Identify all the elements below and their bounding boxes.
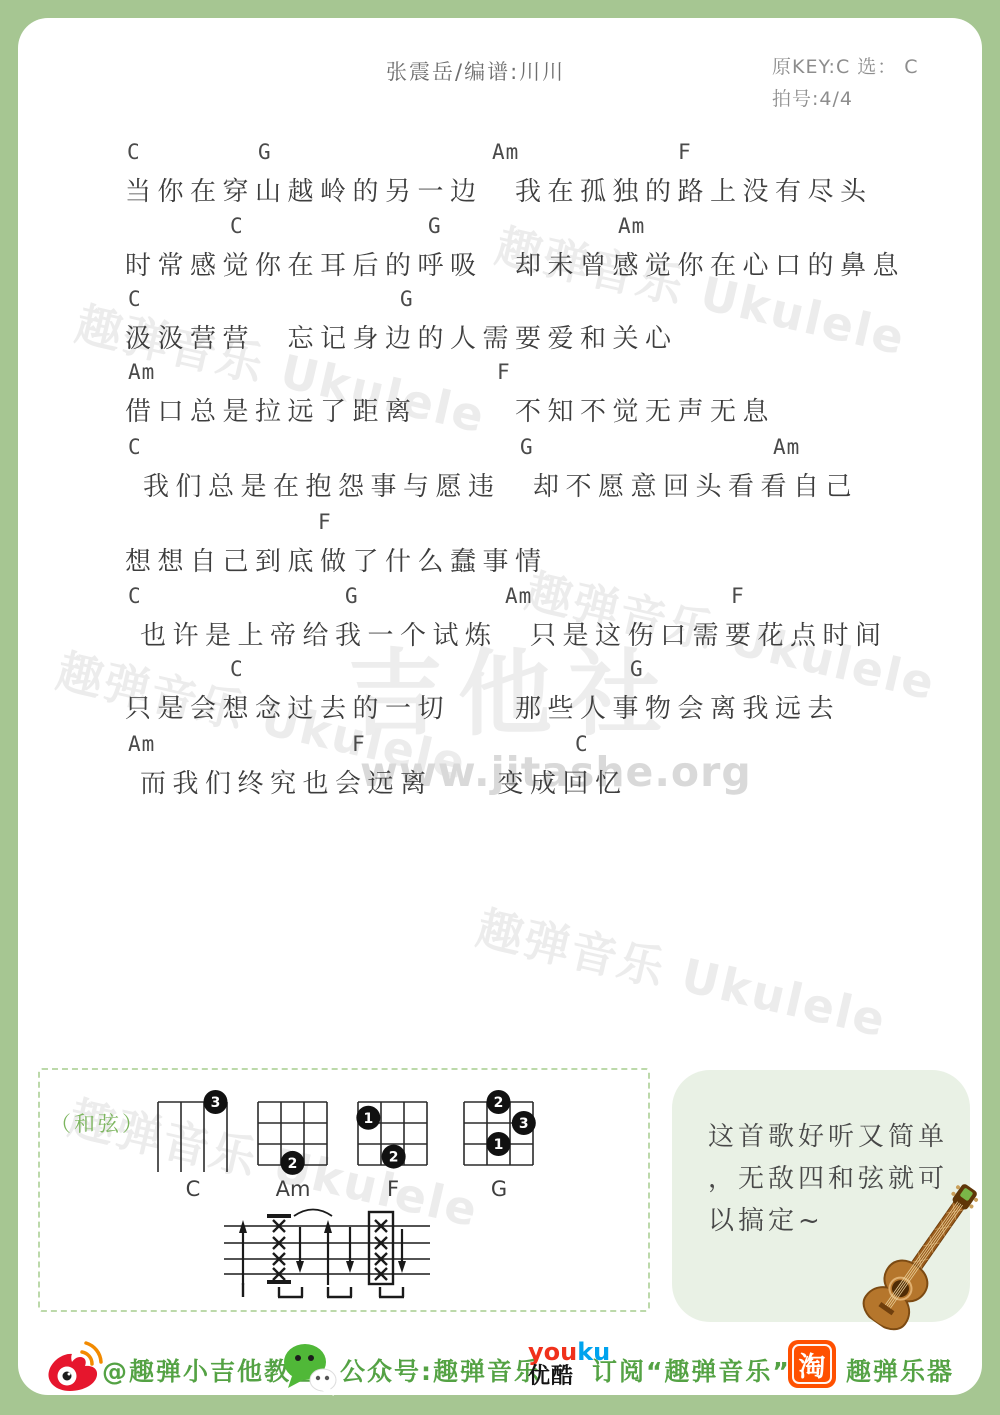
svg-text:1: 1 [494,1137,504,1153]
chord-label: C [128,287,142,311]
chord-label: C [128,584,142,608]
chord-label: C [230,657,244,681]
chord-label: Am [618,214,645,238]
diagram-chord-name: C [186,1177,201,1201]
song-line: CG汲汲营营 忘记身边的人需要爱和关心 [125,287,965,355]
diagram-chord-name: F [387,1177,399,1201]
lyric-line: 时常感觉你在耳后的呼吸 却未曾感觉你在心口的鼻息 [125,245,965,282]
song-line: F想想自己到底做了什么蠢事情 [125,510,965,578]
lyric-line: 想想自己到底做了什么蠢事情 [125,541,965,578]
chord-label: C [128,435,142,459]
chords-section-label: （和弦） [50,1108,146,1138]
chord-label: G [345,584,359,608]
svg-text:3: 3 [211,1095,221,1111]
chord-label: F [352,732,366,756]
song-line: CGAmF当你在穿山越岭的另一边 我在孤独的路上没有尽头 [125,140,965,208]
lyric-line: 当你在穿山越岭的另一边 我在孤独的路上没有尽头 [125,171,965,208]
lyric-line: 我们总是在抱怨事与愿违 却不愿意回头看看自己 [125,466,965,503]
svg-text:2: 2 [288,1156,298,1172]
mute-strum [273,1220,285,1280]
youku-logo-text: you [528,1338,577,1366]
lyric-line: 也许是上帝给我一个试炼 只是这伤口需要花点时间 [125,615,965,652]
song-line: CGAmF也许是上帝给我一个试炼 只是这伤口需要花点时间 [125,584,965,652]
wechat-account: 公众号:趣弹音乐 [340,1352,541,1388]
chord-label: Am [492,140,519,164]
chord-label: C [575,732,589,756]
original-key: 原KEY:C 选： C [772,52,919,79]
chord-label: Am [128,360,155,384]
chord-label: F [318,510,332,534]
song-line: CG只是会想念过去的一切 那些人事物会离我远去 [125,657,965,725]
chord-label: G [258,140,272,164]
svg-text:3: 3 [519,1116,529,1132]
weibo-icon [44,1338,104,1398]
chord-label: C [230,214,244,238]
lyric-line: 借口总是拉远了距离 不知不觉无声无息 [125,391,965,428]
tie-arc [294,1210,332,1217]
svg-text:1: 1 [363,1111,373,1127]
song-line: AmFC而我们终究也会远离 变成回忆 [125,732,965,800]
chord-label: G [400,287,414,311]
strum-pattern [222,1203,432,1303]
time-signature: 拍号:4/4 [772,84,853,111]
taobao-char: 淘 [799,1345,826,1384]
chord-diagram-C: 3C [153,1090,237,1204]
diagram-chord-name: Am [276,1177,311,1201]
lyric-line: 汲汲营营 忘记身边的人需要爱和关心 [125,318,965,355]
chord-label: C [127,140,141,164]
watermark-brand: 趣弹音乐 Ukulele [471,892,894,1050]
chord-label: Am [128,732,155,756]
chord-label: Am [505,584,532,608]
mute-strum-boxed [375,1220,387,1280]
song-line: CGAm时常感觉你在耳后的呼吸 却未曾感觉你在心口的鼻息 [125,214,965,282]
svg-text:2: 2 [494,1095,504,1111]
chord-label: G [630,657,644,681]
song-line: CGAm我们总是在抱怨事与愿违 却不愿意回头看看自己 [125,435,965,503]
lyric-line: 而我们终究也会远离 变成回忆 [125,763,965,800]
chord-label: G [520,435,534,459]
diagram-chord-name: G [491,1177,507,1201]
chord-label: G [428,214,442,238]
chord-label: F [497,360,511,384]
chord-label: F [678,140,692,164]
chord-label: F [731,584,745,608]
svg-text:2: 2 [389,1150,399,1166]
chord-diagram-F: 12F [353,1090,437,1204]
taobao-shop-label: 趣弹乐器 [846,1352,954,1388]
youku-subscribe-label: 订阅“趣弹音乐” [592,1352,791,1388]
credit-line: 张震岳/编谱:川川 [386,56,565,86]
chord-diagram-Am: 2Am [253,1090,337,1204]
lyric-line: 只是会想念过去的一切 那些人事物会离我远去 [125,688,965,725]
wechat-icon [280,1338,340,1398]
song-line: AmF借口总是拉远了距离 不知不觉无声无息 [125,360,965,428]
chord-diagram-G: 231G [459,1090,543,1204]
taobao-icon: 淘 [788,1340,836,1388]
chord-label: Am [773,435,800,459]
